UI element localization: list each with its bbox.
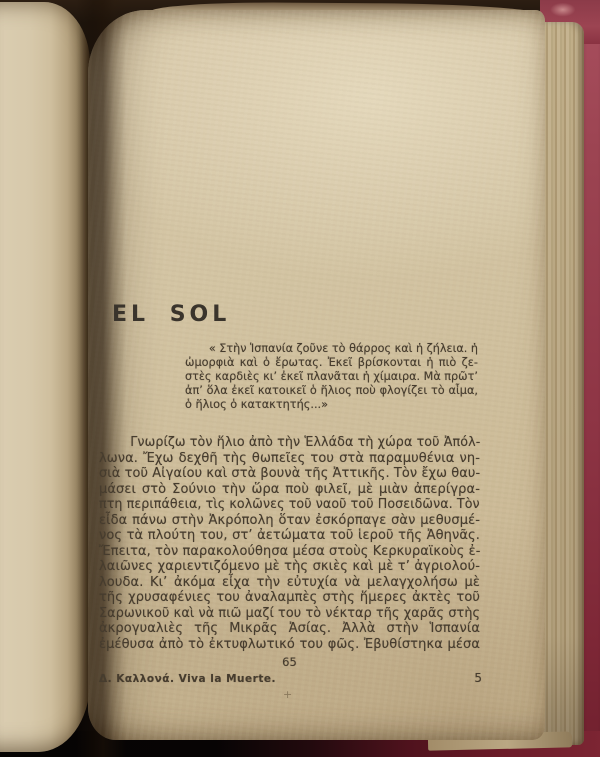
chapter-title: EL SOL (112, 302, 230, 327)
pencil-mark: + (283, 688, 292, 701)
body-line: λαιῶνες χαριεντιζόμενο μὲ τὴς σκιὲς καὶ … (99, 559, 480, 575)
body-line: νος τὰ πλούτη του, στ’ ἀετώματα τοῦ ἱερο… (99, 528, 480, 544)
epigraph-line: ὠμορφιὰ καὶ ὁ ἔρωτας. Ἐκεῖ βρίσκονται ἡ … (185, 356, 478, 370)
epigraph-line: στὲς καρδιὲς κι’ ἐκεῖ πλανᾶται ἡ χίμαιρα… (185, 370, 476, 384)
page-number: 65 (99, 655, 480, 669)
body-line: Ἔπειτα, τὸν παρακολούθησα μέσα στοὺς Κερ… (99, 544, 478, 560)
verso-page (0, 2, 90, 752)
body-line: Σαρωνικοῦ καὶ νὰ πιῶ μαζί του τὸ νέκταρ … (99, 606, 474, 622)
body-line: λουδα. Κι’ ἀκόμα εἶχα τὴν εὐτυχία νὰ μελ… (99, 575, 480, 591)
body-paragraph: Γνωρίζω τὸν ἥλιο ἀπὸ τὴν Ἑλλάδα τὴ χώρα … (99, 435, 480, 652)
epigraph-line: ἀπ’ ὅλα ἐκεῖ κατοικεῖ ὁ ἥλιος ποὺ φλογίζ… (185, 384, 478, 398)
body-line: μάσει στὸ Σούνιο τὴν ὥρα ποὺ φιλεῖ, μὲ μ… (99, 482, 480, 498)
footer-book-title: Δ. Καλλονά. Viva la Muerte. (99, 673, 276, 685)
epigraph: « Στὴν Ἱσπανία ζοῦνε τὸ θάρρος καὶ ἡ ζήλ… (185, 342, 478, 412)
body-line: πτη περιπάθεια, τὶς κολῶνες τοῦ ναοῦ τοῦ… (99, 497, 469, 513)
body-line: ἀκρογυαλιὲς τῆς Μικρᾶς Ἀσίας. Ἀλλὰ στὴν … (99, 621, 480, 637)
open-book-photo: EL SOL « Στὴν Ἱσπανία ζοῦνε τὸ θάρρος κα… (0, 0, 600, 757)
body-line: σιὰ τοῦ Αἰγαίου καὶ στὰ βουνὰ τῆς Ἀττικῆ… (99, 466, 478, 482)
ink-speck (186, 7, 192, 15)
epigraph-line: ὁ ἥλιος ὁ κατακτητής...» (185, 398, 478, 412)
body-line: Γνωρίζω τὸν ἥλιο ἀπὸ τὴν Ἑλλάδα τὴ χώρα … (99, 435, 471, 451)
running-footer: Δ. Καλλονά. Viva la Muerte. 5 (99, 671, 482, 685)
body-line: λωνα. Ἔχω δεχθῆ τὴς θωπεῖες του στὰ παρα… (99, 451, 480, 467)
body-line: εἶδα πάνω στὴν Ἀκρόπολη ὅταν ἐσκόρπαγε σ… (99, 513, 480, 529)
body-line: τῆς χρυσαφένιες του ἀναλαμπὲς στὴς ἥμερε… (99, 590, 480, 606)
page-content: EL SOL « Στὴν Ἱσπανία ζοῦνε τὸ θάρρος κα… (88, 10, 545, 740)
epigraph-line: « Στὴν Ἱσπανία ζοῦνε τὸ θάρρος καὶ ἡ ζήλ… (185, 342, 476, 356)
signature-number: 5 (474, 671, 482, 685)
body-line: ἐμέθυσα ἀπὸ τὸ ἐκτυφλωτικό του φῶς. Ἐβυθ… (99, 637, 480, 653)
